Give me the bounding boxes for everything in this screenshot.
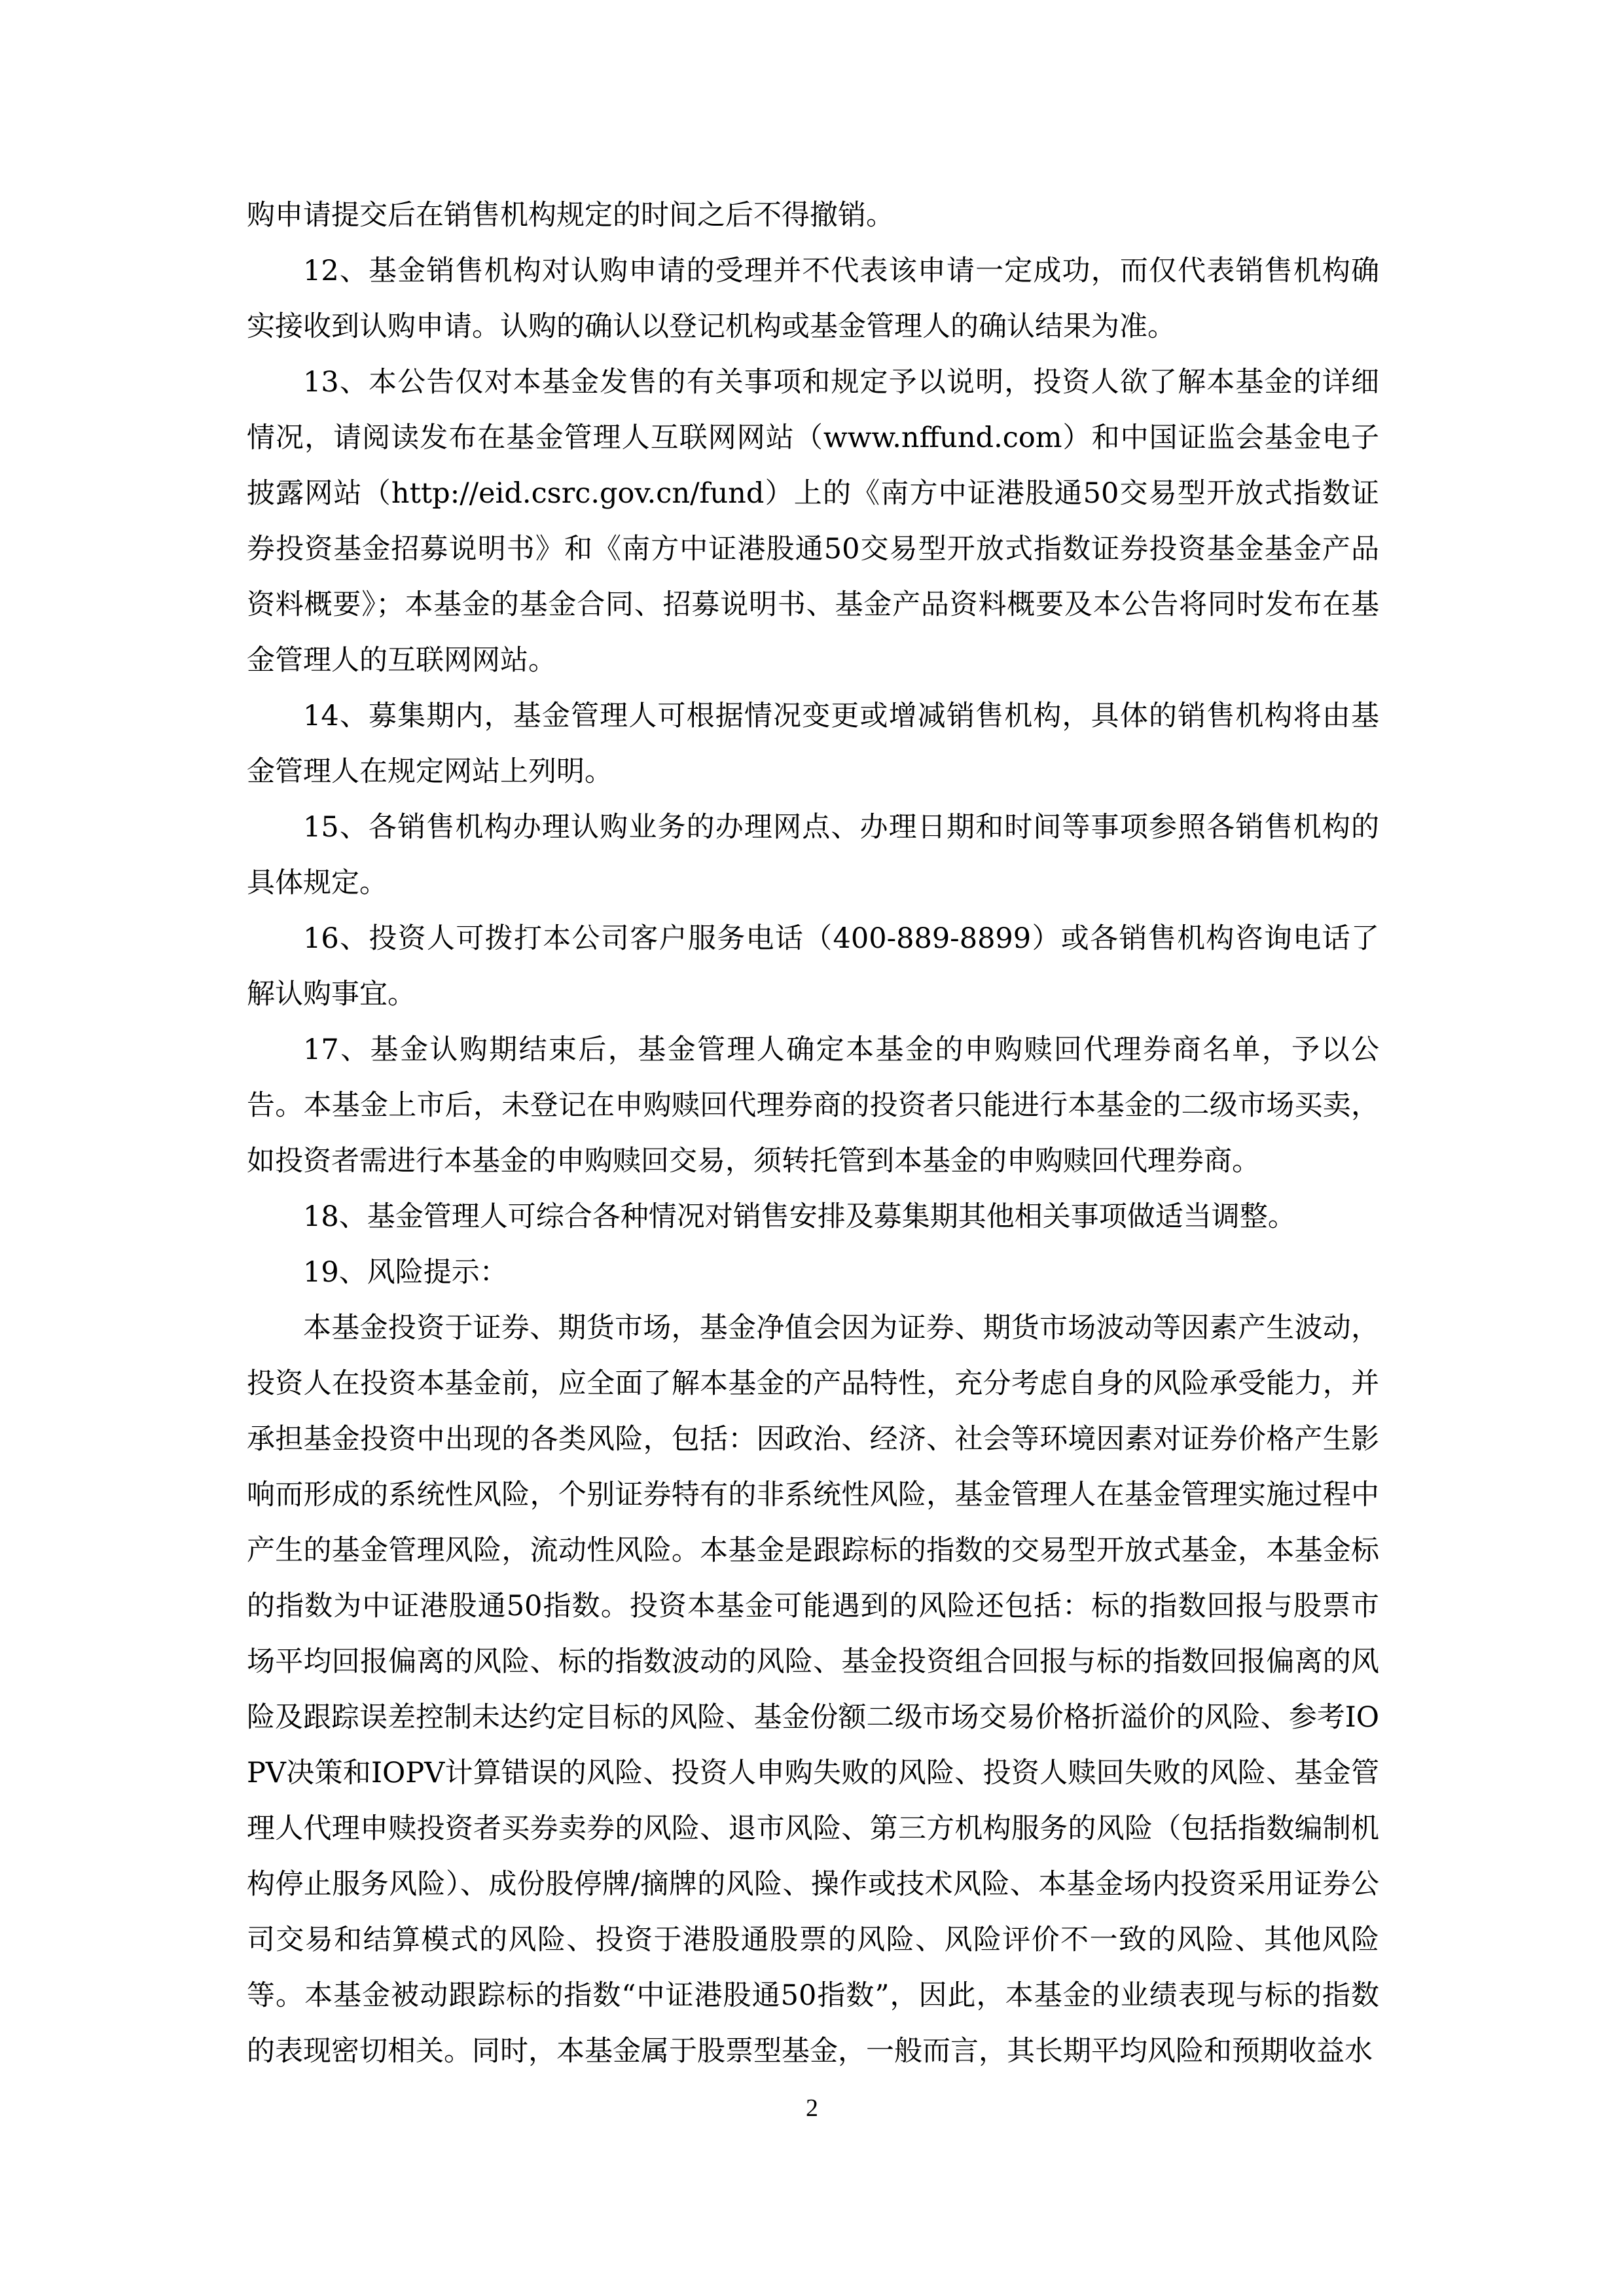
- paragraph-16: 16、投资人可拨打本公司客户服务电话（400-889-8899）或各销售机构咨询…: [247, 911, 1379, 1022]
- paragraph-19-heading: 19、风险提示：: [247, 1245, 1379, 1300]
- page-number: 2: [0, 2092, 1624, 2125]
- paragraph-18: 18、基金管理人可综合各种情况对销售安排及募集期其他相关事项做适当调整。: [247, 1189, 1379, 1245]
- paragraph-14: 14、募集期内，基金管理人可根据情况变更或增减销售机构，具体的销售机构将由基金管…: [247, 689, 1379, 800]
- paragraph-12: 12、基金销售机构对认购申请的受理并不代表该申请一定成功，而仅代表销售机构确实接…: [247, 243, 1379, 355]
- paragraph-13: 13、本公告仅对本基金发售的有关事项和规定予以说明，投资人欲了解本基金的详细情况…: [247, 355, 1379, 689]
- paragraph-11-continuation: 购申请提交后在销售机构规定的时间之后不得撤销。: [247, 188, 1379, 243]
- document-body: 购申请提交后在销售机构规定的时间之后不得撤销。 12、基金销售机构对认购申请的受…: [247, 188, 1379, 2079]
- paragraph-15: 15、各销售机构办理认购业务的办理网点、办理日期和时间等事项参照各销售机构的具体…: [247, 800, 1379, 911]
- paragraph-19-risk-body: 本基金投资于证券、期货市场，基金净值会因为证券、期货市场波动等因素产生波动，投资…: [247, 1300, 1379, 2079]
- paragraph-17: 17、基金认购期结束后，基金管理人确定本基金的申购赎回代理券商名单，予以公告。本…: [247, 1022, 1379, 1189]
